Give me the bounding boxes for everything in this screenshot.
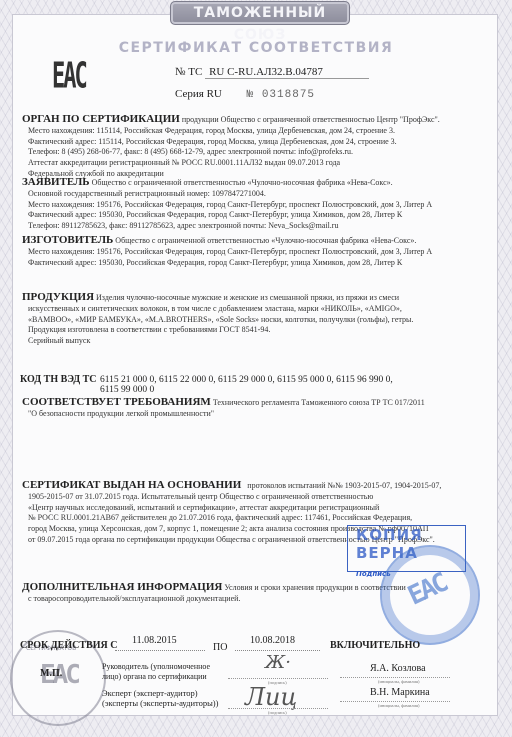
from-date-line [115,650,205,651]
section-lead: Технического регламента Таможенного союз… [213,398,425,407]
tn-ved-codes: 6115 21 000 0, 6115 22 000 0, 6115 29 00… [100,375,460,395]
serial-value: 0318875 [262,89,315,101]
validity-from-date: 11.08.2015 [132,635,177,646]
name-caption: (инициалы, фамилия) [378,679,420,684]
section-heading: ЗАЯВИТЕЛЬ [22,176,90,188]
series-value: RU [207,88,222,100]
validity-from-label: СРОК ДЕЙСТВИЯ С [20,640,117,651]
expert-role: Эксперт (эксперт-аудитор) (эксперты (экс… [102,688,218,708]
section-line: Фактический адрес: 195030, Российская Фе… [22,258,432,269]
section-line: с товаросопроводительной/эксплуатационно… [22,594,406,605]
number-value: RU C-RU.АЛ32.В.04787 [205,66,369,79]
section-line: Фактический адрес: 115114, Российская Фе… [22,137,440,148]
section-heading: СООТВЕТСТВУЕТ ТРЕБОВАНИЯМ [22,396,211,408]
section-line: Продукция изготовлена в соответствии с т… [22,325,413,336]
section-line: Телефон: 8 (495) 268-06-77, факс: 8 (495… [22,147,440,158]
section-line: Аттестат аккредитации регистрационный № … [22,158,440,169]
section-line: "О безопасности продукции легкой промышл… [22,409,425,420]
seal-place-label: М.П. [40,668,62,679]
section-lead: Общество с ограниченной ответственностью… [92,178,393,187]
section-lead: Изделия чулочно-носочные мужские и женск… [96,293,399,302]
section-line: Серийный выпуск [22,336,413,347]
serial-label: № [247,89,255,101]
section-heading: СЕРТИФИКАТ ВЫДАН НА ОСНОВАНИИ [22,479,241,491]
customs-union-banner: ТАМОЖЕННЫЙ СОЮЗ [170,1,350,25]
section-heading: ДОПОЛНИТЕЛЬНАЯ ИНФОРМАЦИЯ [22,581,222,593]
head-name-line [340,677,450,678]
section-line: Место нахождения: 195176, Российская Фед… [22,247,432,258]
role-line: Руководитель (уполномоченное [102,662,210,672]
certificate-title: СЕРТИФИКАТ СООТВЕТСТВИЯ [0,40,512,56]
expert-name-line [340,701,450,702]
section-line: Место нахождения: 115114, Российская Фед… [22,126,440,137]
name-caption: (инициалы, фамилия) [378,703,420,708]
section-applicant: ЗАЯВИТЕЛЬ Общество с ограниченной ответс… [22,177,432,232]
section-line: «Центр научных исследований, испытаний и… [22,503,441,514]
section-line: искусственных и синтетических волокон, в… [22,304,413,315]
serial-number: № 0318875 [247,89,315,101]
section-heading: ОРГАН ПО СЕРТИФИКАЦИИ [22,113,180,125]
section-heading: КОД ТН ВЭД ТС [20,374,97,385]
validity-to-label: ПО [213,642,227,653]
section-line: Основной государственный регистрационный… [22,189,432,200]
section-product: ПРОДУКЦИЯ Изделия чулочно-носочные мужск… [22,292,413,347]
section-tn-ved: КОД ТН ВЭД ТС 6115 21 000 0, 6115 22 000… [20,375,97,385]
signature-caption: (подпись) [268,710,287,715]
eac-logo-icon: ЕАС [52,57,86,97]
certificate-series: Серия RU № 0318875 [175,88,315,101]
to-date-line [235,650,320,651]
number-label: № ТС [175,66,202,78]
expert-signature: Лиц [245,683,297,711]
head-name: Я.А. Козлова [370,663,426,674]
codes-line: 6115 99 000 0 [100,385,460,395]
section-manufacturer: ИЗГОТОВИТЕЛЬ Общество с ограниченной отв… [22,235,432,268]
certificate-page: ТАМОЖЕННЫЙ СОЮЗ СЕРТИФИКАТ СООТВЕТСТВИЯ … [0,0,512,737]
validity-suffix: ВКЛЮЧИТЕЛЬНО [330,640,420,651]
section-line: 1905-2015-07 от 31.07.2015 года. Испытат… [22,492,441,503]
head-role: Руководитель (уполномоченное лицо) орган… [102,662,210,682]
section-lead: Условия и сроки хранения продукции в соо… [224,583,405,592]
round-stamp-logo: ЕАС [403,568,450,611]
head-signature: Ж· [265,652,291,673]
certificate-number: № ТС RU C-RU.АЛ32.В.04787 [175,66,369,79]
section-conformity: СООТВЕТСТВУЕТ ТРЕБОВАНИЯМ Технического р… [22,397,425,420]
section-line: Место нахождения: 195176, Российская Фед… [22,200,432,211]
head-signature-line [228,678,328,679]
section-lead: протоколов испытаний №№ 1903-2015-07, 19… [247,481,441,490]
section-additional-info: ДОПОЛНИТЕЛЬНАЯ ИНФОРМАЦИЯ Условия и срок… [22,582,406,605]
section-line: Телефон: 89112785623, факс: 89112785623,… [22,221,432,232]
codes-line: 6115 21 000 0, 6115 22 000 0, 6115 29 00… [100,375,460,385]
section-line: № РОСС RU.0001.21АВ67 действителен до 21… [22,513,441,524]
section-line: «BAMBOO», «МИР БАМБУКА», «M.A.BROTHERS»,… [22,315,413,326]
section-lead: продукции Общество с ограниченной ответс… [182,115,440,124]
expert-name: В.Н. Маркина [370,687,430,698]
section-lead: Общество с ограниченной ответственностью… [115,236,416,245]
validity-to-date: 10.08.2018 [250,635,295,646]
validity-period: СРОК ДЕЙСТВИЯ С 11.08.2015 ПО 10.08.2018… [20,640,490,651]
section-certification-body: ОРГАН ПО СЕРТИФИКАЦИИ продукции Общество… [22,114,440,180]
section-heading: ИЗГОТОВИТЕЛЬ [22,234,113,246]
series-label: Серия [175,88,204,100]
round-blue-stamp-icon: ЕАС [380,545,480,645]
section-line: Фактический адрес: 195030, Российская Фе… [22,210,432,221]
role-line: лицо) органа по сертификации [102,672,210,682]
role-line: Эксперт (эксперт-аудитор) [102,688,218,698]
section-heading: ПРОДУКЦИЯ [22,291,94,303]
role-line: (эксперты (эксперты-аудиторы)) [102,698,218,708]
expert-signature-line [228,708,328,709]
